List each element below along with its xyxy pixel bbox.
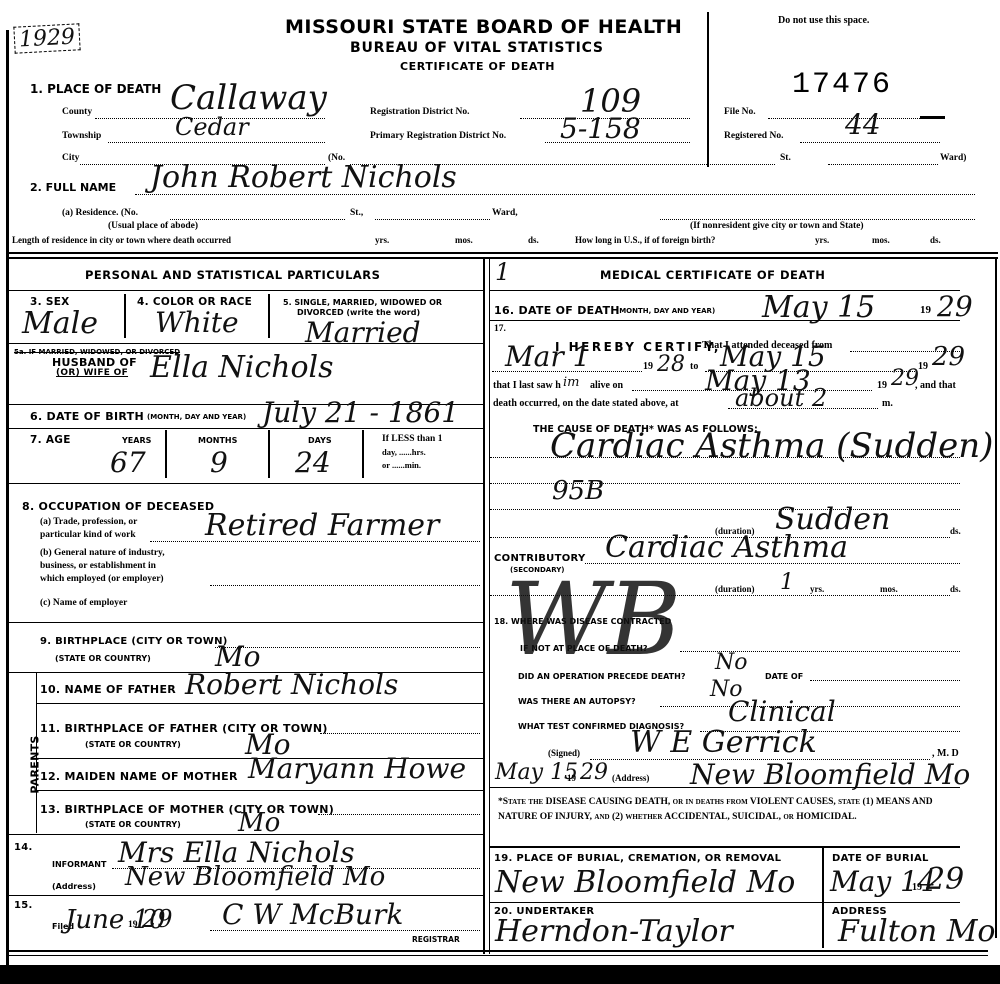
city-label: City xyxy=(62,153,79,163)
item-14-label: 14. xyxy=(14,842,33,853)
contributory-duration-label: (duration) xyxy=(715,584,755,594)
item-15-label: 15. xyxy=(14,900,33,911)
occupation-a-label: (a) Trade, profession, or xyxy=(40,517,137,527)
burial-date-label: DATE OF BURIAL xyxy=(832,853,929,864)
to-label: to xyxy=(690,361,698,372)
residence-ward-label: Ward, xyxy=(492,208,518,218)
ds-label: ds. xyxy=(528,235,539,245)
abode-note: (Usual place of abode) xyxy=(108,221,198,231)
dob-label: 6. DATE OF BIRTH xyxy=(30,410,144,423)
occupation-b-label: (b) General nature of industry, xyxy=(40,548,165,558)
parents-label: PARENTS xyxy=(29,735,42,793)
certificate-title: CERTIFICATE OF DEATH xyxy=(400,60,555,73)
dob-sub-label: (MONTH, DAY AND YEAR) xyxy=(147,413,246,421)
from-year-prefix: 19 xyxy=(643,361,653,372)
full-name-value: John Robert Nichols xyxy=(150,160,457,195)
residence-st-label: St., xyxy=(350,208,363,218)
operation-value: No xyxy=(715,650,748,675)
st-label: St. xyxy=(780,153,791,163)
contributory-mos-label: mos. xyxy=(880,584,898,594)
year-stamp: 1929 xyxy=(13,23,80,53)
registered-no-value: 44 xyxy=(845,108,881,141)
cause-footnote: *State the DISEASE CAUSING DEATH, or in … xyxy=(498,795,956,825)
contributory-value: Cardiac Asthma xyxy=(605,530,848,565)
primary-registration-value: 5-158 xyxy=(560,112,641,145)
years-label: YEARS xyxy=(122,436,151,445)
occupation-a-label-2: particular kind of work xyxy=(40,530,136,540)
age-days-value: 24 xyxy=(295,446,331,479)
contributory-yrs-label: yrs. xyxy=(810,584,824,594)
informant-label: INFORMANT xyxy=(52,860,106,869)
registrar-label: REGISTRAR xyxy=(412,935,460,944)
registration-district-label: Registration District No. xyxy=(370,107,469,117)
occupation-b-label-2: business, or establishment in xyxy=(40,561,156,571)
county-value: Callaway xyxy=(170,78,327,118)
age-label: 7. AGE xyxy=(30,434,71,446)
dod-year-prefix: 19 xyxy=(920,304,931,316)
spouse-value: Ella Nichols xyxy=(150,350,334,385)
length-residence-label: Length of residence in city or town wher… xyxy=(12,235,231,245)
filed-year-value: 29 xyxy=(142,905,173,933)
marital-label: 5. SINGLE, MARRIED, WIDOWED OR xyxy=(283,298,442,307)
mother-name-label: 12. MAIDEN NAME OF MOTHER xyxy=(40,770,238,783)
cause-value: Cardiac Asthma (Sudden) xyxy=(550,426,993,466)
signed-label: (Signed) xyxy=(548,748,580,758)
race-value: White xyxy=(155,306,239,339)
page-mark: 1 xyxy=(495,258,510,286)
stamp-initials: WB xyxy=(505,570,681,670)
occurred-label: death occurred, on the date stated above… xyxy=(493,398,679,409)
column-divider xyxy=(483,259,485,954)
attended-from-year: 28 xyxy=(657,352,685,377)
occupation-c-label: (c) Name of employer xyxy=(40,598,127,608)
undertaker-address-value: Fulton Mo xyxy=(838,914,996,949)
attended-from-value: Mar 1 xyxy=(505,340,590,373)
dob-value: July 21 - 1861 xyxy=(262,396,459,429)
certificate-number: 17476 xyxy=(792,68,892,102)
last-saw-year-prefix: 19 xyxy=(877,380,887,391)
autopsy-label: WAS THERE AN AUTOPSY? xyxy=(518,697,636,706)
less-than-day-hrs: day, ......hrs. xyxy=(382,447,426,457)
marital-value: Married xyxy=(305,316,421,349)
foreign-mos-label: mos. xyxy=(872,235,890,245)
date-of-death-label: 16. DATE OF DEATH xyxy=(494,304,620,317)
registrar-signature: C W McBurk xyxy=(222,898,403,931)
less-than-day-label: If LESS than 1 xyxy=(382,434,442,444)
contributory-duration-value: 1 xyxy=(780,570,794,595)
to-year-prefix: 19 xyxy=(918,361,928,372)
mother-birthplace-state-label: (STATE OR COUNTRY) xyxy=(85,820,181,829)
mos-label: mos. xyxy=(455,235,473,245)
attended-to-year: 29 xyxy=(932,342,965,372)
months-label: MONTHS xyxy=(198,436,237,445)
left-border xyxy=(6,30,9,965)
burial-place-label: 19. PLACE OF BURIAL, CREMATION, OR REMOV… xyxy=(494,853,781,864)
medical-section-title: MEDICAL CERTIFICATE OF DEATH xyxy=(600,268,825,282)
burial-year-value: 29 xyxy=(926,862,964,897)
occupation-label: 8. OCCUPATION OF DECEASED xyxy=(22,500,214,513)
duration-ds-label: ds. xyxy=(950,526,961,536)
county-label: County xyxy=(62,107,92,117)
primary-registration-label: Primary Registration District No. xyxy=(370,131,506,141)
and-that-label: , and that xyxy=(915,380,956,391)
burial-year-prefix: 19 xyxy=(912,882,922,893)
mother-birthplace-label: 13. BIRTHPLACE OF MOTHER (CITY OR TOWN) xyxy=(40,803,334,816)
occupation-a-value: Retired Farmer xyxy=(205,508,439,543)
father-name-label: 10. NAME OF FATHER xyxy=(40,683,176,696)
office-use-note: Do not use this space. xyxy=(778,15,869,26)
date-of-death-sub: (MONTH, DAY AND YEAR) xyxy=(616,307,715,315)
office-divider xyxy=(707,12,709,167)
yrs-label: yrs. xyxy=(375,235,389,245)
registered-no-label: Registered No. xyxy=(724,131,783,141)
sign-date-value: May 15 xyxy=(495,760,578,785)
birthplace-state-label: (STATE OR COUNTRY) xyxy=(55,654,151,663)
date-of-death-year: 29 xyxy=(937,290,973,323)
cause-code: 95B xyxy=(552,476,604,506)
days-label: DAYS xyxy=(308,436,332,445)
informant-address-value: New Bloomfield Mo xyxy=(125,862,385,892)
informant-address-label: (Address) xyxy=(52,882,96,891)
last-saw-pronoun: im xyxy=(563,375,580,390)
alive-on-label: alive on xyxy=(590,380,623,391)
full-name-label: 2. FULL NAME xyxy=(30,181,116,194)
father-birthplace-state-label: (STATE OR COUNTRY) xyxy=(85,740,181,749)
last-saw-label: that I last saw h xyxy=(493,380,561,391)
test-confirmed-value: Clinical xyxy=(728,695,836,728)
residence-label: (a) Residence. (No. xyxy=(62,208,138,218)
foreign-yrs-label: yrs. xyxy=(815,235,829,245)
right-border xyxy=(995,258,997,938)
age-months-value: 9 xyxy=(210,446,228,479)
foreign-birth-label: How long in U.S., if of foreign birth? xyxy=(575,235,715,245)
spouse-label-c: (OR) WIFE OF xyxy=(56,368,128,378)
death-certificate-page: 1929 MISSOURI STATE BOARD OF HEALTH BURE… xyxy=(0,0,1000,965)
filed-year-prefix: 19 xyxy=(128,920,138,930)
foreign-ds-label: ds. xyxy=(930,235,941,245)
contributory-ds-label: ds. xyxy=(950,584,961,594)
township-value: Cedar xyxy=(175,113,249,141)
personal-section-title: PERSONAL AND STATISTICAL PARTICULARS xyxy=(85,268,380,282)
place-of-death-label: 1. PLACE OF DEATH xyxy=(30,82,161,96)
sign-year-prefix: 19 xyxy=(567,773,576,783)
sign-year-value: 29 xyxy=(580,760,608,785)
bureau-title: BUREAU OF VITAL STATISTICS xyxy=(350,40,604,56)
date-of-label: DATE OF xyxy=(765,672,803,681)
township-label: Township xyxy=(62,131,101,141)
occupation-b-label-3: which employed (or employer) xyxy=(40,574,164,584)
undertaker-value: Herndon-Taylor xyxy=(495,914,733,949)
board-title: MISSOURI STATE BOARD OF HEALTH xyxy=(285,16,682,38)
ward-label: Ward) xyxy=(940,153,966,163)
less-than-day-min: or ......min. xyxy=(382,460,421,470)
nonresident-note: (If nonresident give city or town and St… xyxy=(690,221,864,231)
age-years-value: 67 xyxy=(110,446,146,479)
m-label: m. xyxy=(882,398,893,409)
sex-value: Male xyxy=(22,306,98,341)
burial-place-value: New Bloomfield Mo xyxy=(495,865,795,900)
birthplace-label: 9. BIRTHPLACE (CITY OR TOWN) xyxy=(40,636,228,647)
item-17-label: 17. xyxy=(494,324,506,334)
father-name-value: Robert Nichols xyxy=(185,668,398,701)
physician-signature: W E Gerrick xyxy=(630,725,817,760)
occurred-time-value: about 2 xyxy=(735,384,827,412)
file-no-label: File No. xyxy=(724,107,756,117)
sign-address-label: (Address) xyxy=(612,773,649,783)
mother-name-value: Maryann Howe xyxy=(248,752,466,785)
